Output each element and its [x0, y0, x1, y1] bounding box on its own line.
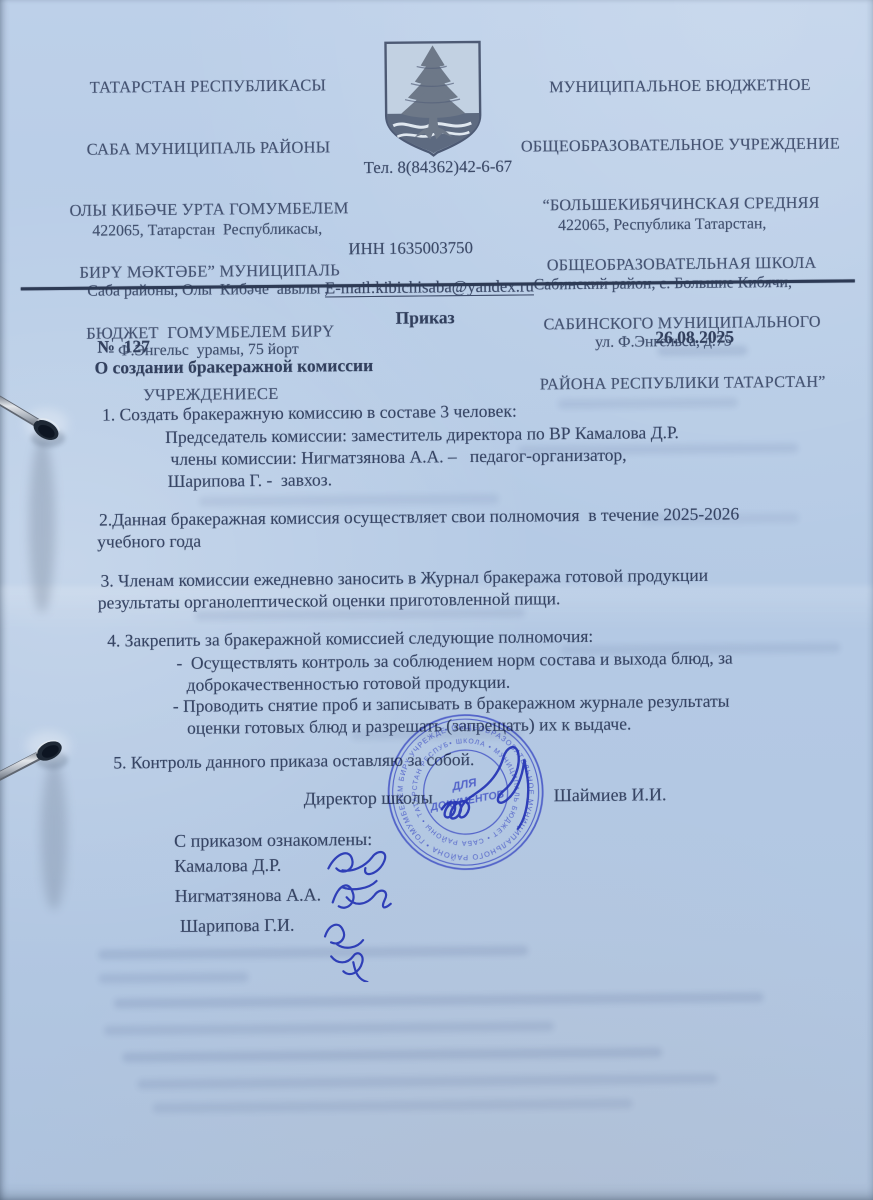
org-line: САБА МУНИЦИПАЛЬ РАЙОНЫ — [57, 137, 359, 160]
bleed-through-line — [560, 643, 840, 656]
order-item-4: 4. Закрепить за бракеражной комиссией сл… — [107, 626, 593, 652]
binder-ring-top — [0, 396, 68, 614]
bleed-through-line — [104, 1021, 554, 1035]
inn-number: ИНН 1635003750 — [348, 238, 473, 259]
coat-of-arms-icon — [382, 39, 483, 158]
order-title: Приказ — [325, 307, 525, 330]
org-line: ТАТАРСТАН РЕСПУБЛИКАСЫ — [57, 75, 359, 98]
address-line: 422065, Республика Татарстан, — [514, 214, 810, 236]
ack-name: Нигматзянова А.А. — [175, 885, 322, 908]
scanned-order-document: ТАТАРСТАН РЕСПУБЛИКАСЫ САБА МУНИЦИПАЛЬ Р… — [0, 0, 873, 1200]
binder-ring-bottom — [0, 731, 70, 910]
phone-number: Тел. 8(84362)42-6-67 — [364, 157, 513, 179]
bleed-through-line — [639, 513, 799, 525]
org-line: ОБЩЕОБРАЗОВАТЕЛЬНОЕ УЧРЕЖДЕНИЕ — [513, 134, 847, 157]
bleed-through-line — [657, 345, 747, 356]
order-subject: О создании бракеражной комиссии — [94, 355, 373, 379]
bleed-through-line — [518, 443, 798, 456]
bleed-through-line — [98, 972, 248, 983]
bleed-through-line — [153, 1099, 633, 1114]
order-number: № 127 — [97, 336, 150, 358]
bleed-through-line — [122, 1047, 662, 1062]
order-item-1-line: Шарипова Г. - завхоз. — [168, 469, 333, 492]
director-signature — [419, 710, 610, 842]
org-line: МУНИЦИПАЛЬНОЕ БЮДЖЕТНОЕ — [513, 75, 847, 98]
bleed-through-line — [137, 1074, 717, 1090]
bleed-through-line — [558, 397, 738, 409]
bleed-through-line — [199, 494, 499, 507]
staff-signatures — [300, 832, 421, 983]
order-item-1: 1. Создать бракеражную комиссию в состав… — [102, 401, 517, 426]
binder-rings — [0, 380, 140, 940]
ack-name: Камалова Д.Р. — [174, 855, 281, 878]
bleed-through-line — [114, 992, 764, 1008]
order-item-3: 3. Членам комиссии ежедневно заносить в … — [101, 565, 709, 592]
bleed-through-line — [195, 608, 525, 621]
ack-name: Шарипова Г.И. — [180, 915, 295, 938]
address-line: 422065, Татарстан Республикасы, — [54, 219, 360, 242]
